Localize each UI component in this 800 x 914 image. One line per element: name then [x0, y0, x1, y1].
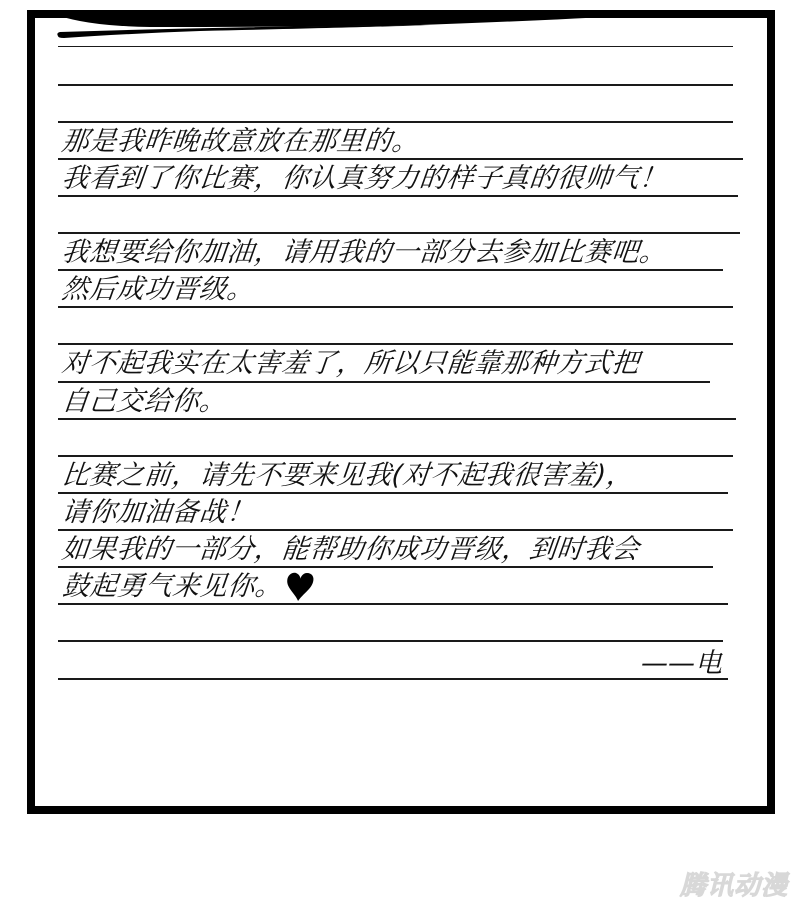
signature: ——电 — [641, 648, 722, 680]
letter-line: 如果我的一部分，能帮助你成功晋级，到时我会 — [60, 534, 641, 566]
ruled-line — [58, 232, 740, 234]
letter-line-with-heart: 鼓起勇气来见你。 — [60, 571, 316, 611]
brush-stroke-decoration — [0, 0, 800, 60]
ruled-line — [58, 678, 728, 680]
letter-line: 然后成功晋级。 — [60, 274, 256, 306]
letter-line: 比赛之前，请先不要来见我(对不起我很害羞)， — [60, 460, 635, 492]
ruled-line — [58, 84, 733, 86]
letter-line-text: 鼓起勇气来见你。 — [61, 571, 284, 602]
letter-line: 那是我昨晚故意放在那里的。 — [60, 126, 421, 158]
ruled-line — [58, 640, 723, 642]
ruled-line — [58, 269, 723, 271]
ruled-line — [58, 492, 728, 494]
letter-line: 对不起我实在太害羞了，所以只能靠那种方式把 — [60, 348, 641, 380]
letter-line: 请你加油备战！ — [60, 497, 256, 529]
ruled-line — [58, 455, 733, 457]
letter-line: 自己交给你。 — [60, 386, 228, 418]
letter-line: 我看到了你比赛，你认真努力的样子真的很帅气！ — [60, 163, 668, 195]
heart-icon — [282, 571, 316, 611]
ruled-line — [58, 529, 733, 531]
watermark-logo: 腾讯动漫 — [680, 865, 788, 902]
letter-line: 我想要给你加油，请用我的一部分去参加比赛吧。 — [60, 237, 668, 269]
ruled-line — [58, 306, 733, 308]
ruled-line — [58, 158, 743, 160]
ruled-line — [58, 195, 738, 197]
ruled-line — [58, 343, 733, 345]
ruled-line — [58, 418, 736, 420]
ruled-line — [58, 381, 710, 383]
ruled-line — [58, 566, 713, 568]
ruled-line — [58, 46, 733, 47]
ruled-line — [58, 121, 733, 123]
